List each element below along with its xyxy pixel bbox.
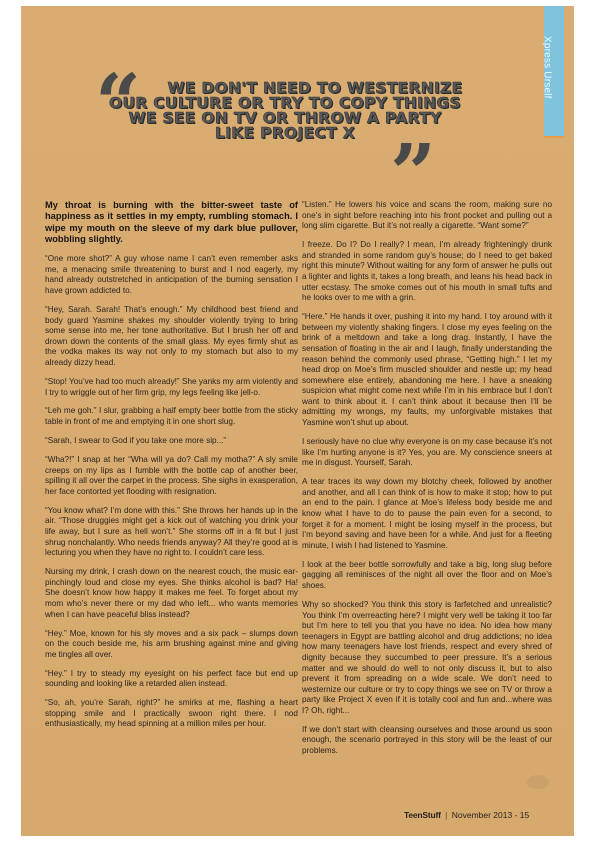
body-paragraph: Nursing my drink, I crash down on the ne…	[45, 567, 298, 620]
lead-paragraph: My throat is burning with the bitter-swe…	[45, 200, 298, 245]
body-paragraph: “Sarah, I swear to God if you take one m…	[45, 436, 298, 447]
footer-separator: |	[445, 810, 447, 820]
body-paragraph: “Stop! You’ve had too much already!” She…	[45, 377, 298, 398]
body-paragraph: “Here.” He hands it over, pushing it int…	[302, 312, 552, 429]
body-paragraph: I seriously have no clue why everyone is…	[302, 437, 552, 469]
magazine-brand: TeenStuff	[404, 810, 441, 820]
body-paragraph: “Leh me goh.” I slur, grabbing a half em…	[45, 406, 298, 427]
body-paragraph: A tear traces its way down my blotchy ch…	[302, 477, 552, 551]
body-paragraph: “Hey, Sarah. Sarah! That’s enough.” My c…	[45, 305, 298, 369]
page-footer: TeenStuff | November 2013 - 15	[404, 810, 529, 820]
body-paragraph: If we don’t start with cleansing ourselv…	[302, 725, 552, 757]
body-paragraph: “Wha?!” I snap at her “Wha will ya do? C…	[45, 455, 298, 497]
section-tab-label: Xpress Urself	[542, 36, 553, 99]
body-paragraph: “Hey.” I try to steady my eyesight on hi…	[45, 669, 298, 690]
section-tab: Xpress Urself	[544, 6, 564, 138]
body-paragraph: I look at the beer bottle sorrowfully an…	[302, 560, 552, 592]
body-paragraph: “Hey.” Moe, known for his sly moves and …	[45, 629, 298, 661]
issue-and-page: November 2013 - 15	[452, 810, 530, 820]
body-paragraph: Why so shocked? You think this story is …	[302, 600, 552, 717]
paper-stain	[527, 775, 549, 789]
right-column: “Listen.” He lowers his voice and scans …	[302, 200, 552, 765]
body-paragraph: I freeze. Do I? Do I really? I mean, I’m…	[302, 240, 552, 304]
body-paragraph: “So, ah, you’re Sarah, right?” he smirks…	[45, 698, 298, 730]
close-quote-icon: ”	[390, 143, 436, 203]
pull-quote: “ We don't need to westernize our cultur…	[95, 65, 475, 175]
body-paragraph: “One more shot?” A guy whose name I can’…	[45, 254, 298, 296]
body-paragraph: “Listen.” He lowers his voice and scans …	[302, 200, 552, 232]
left-column: My throat is burning with the bitter-swe…	[45, 200, 298, 738]
body-paragraph: “You know what? I’m done with this.” She…	[45, 506, 298, 559]
